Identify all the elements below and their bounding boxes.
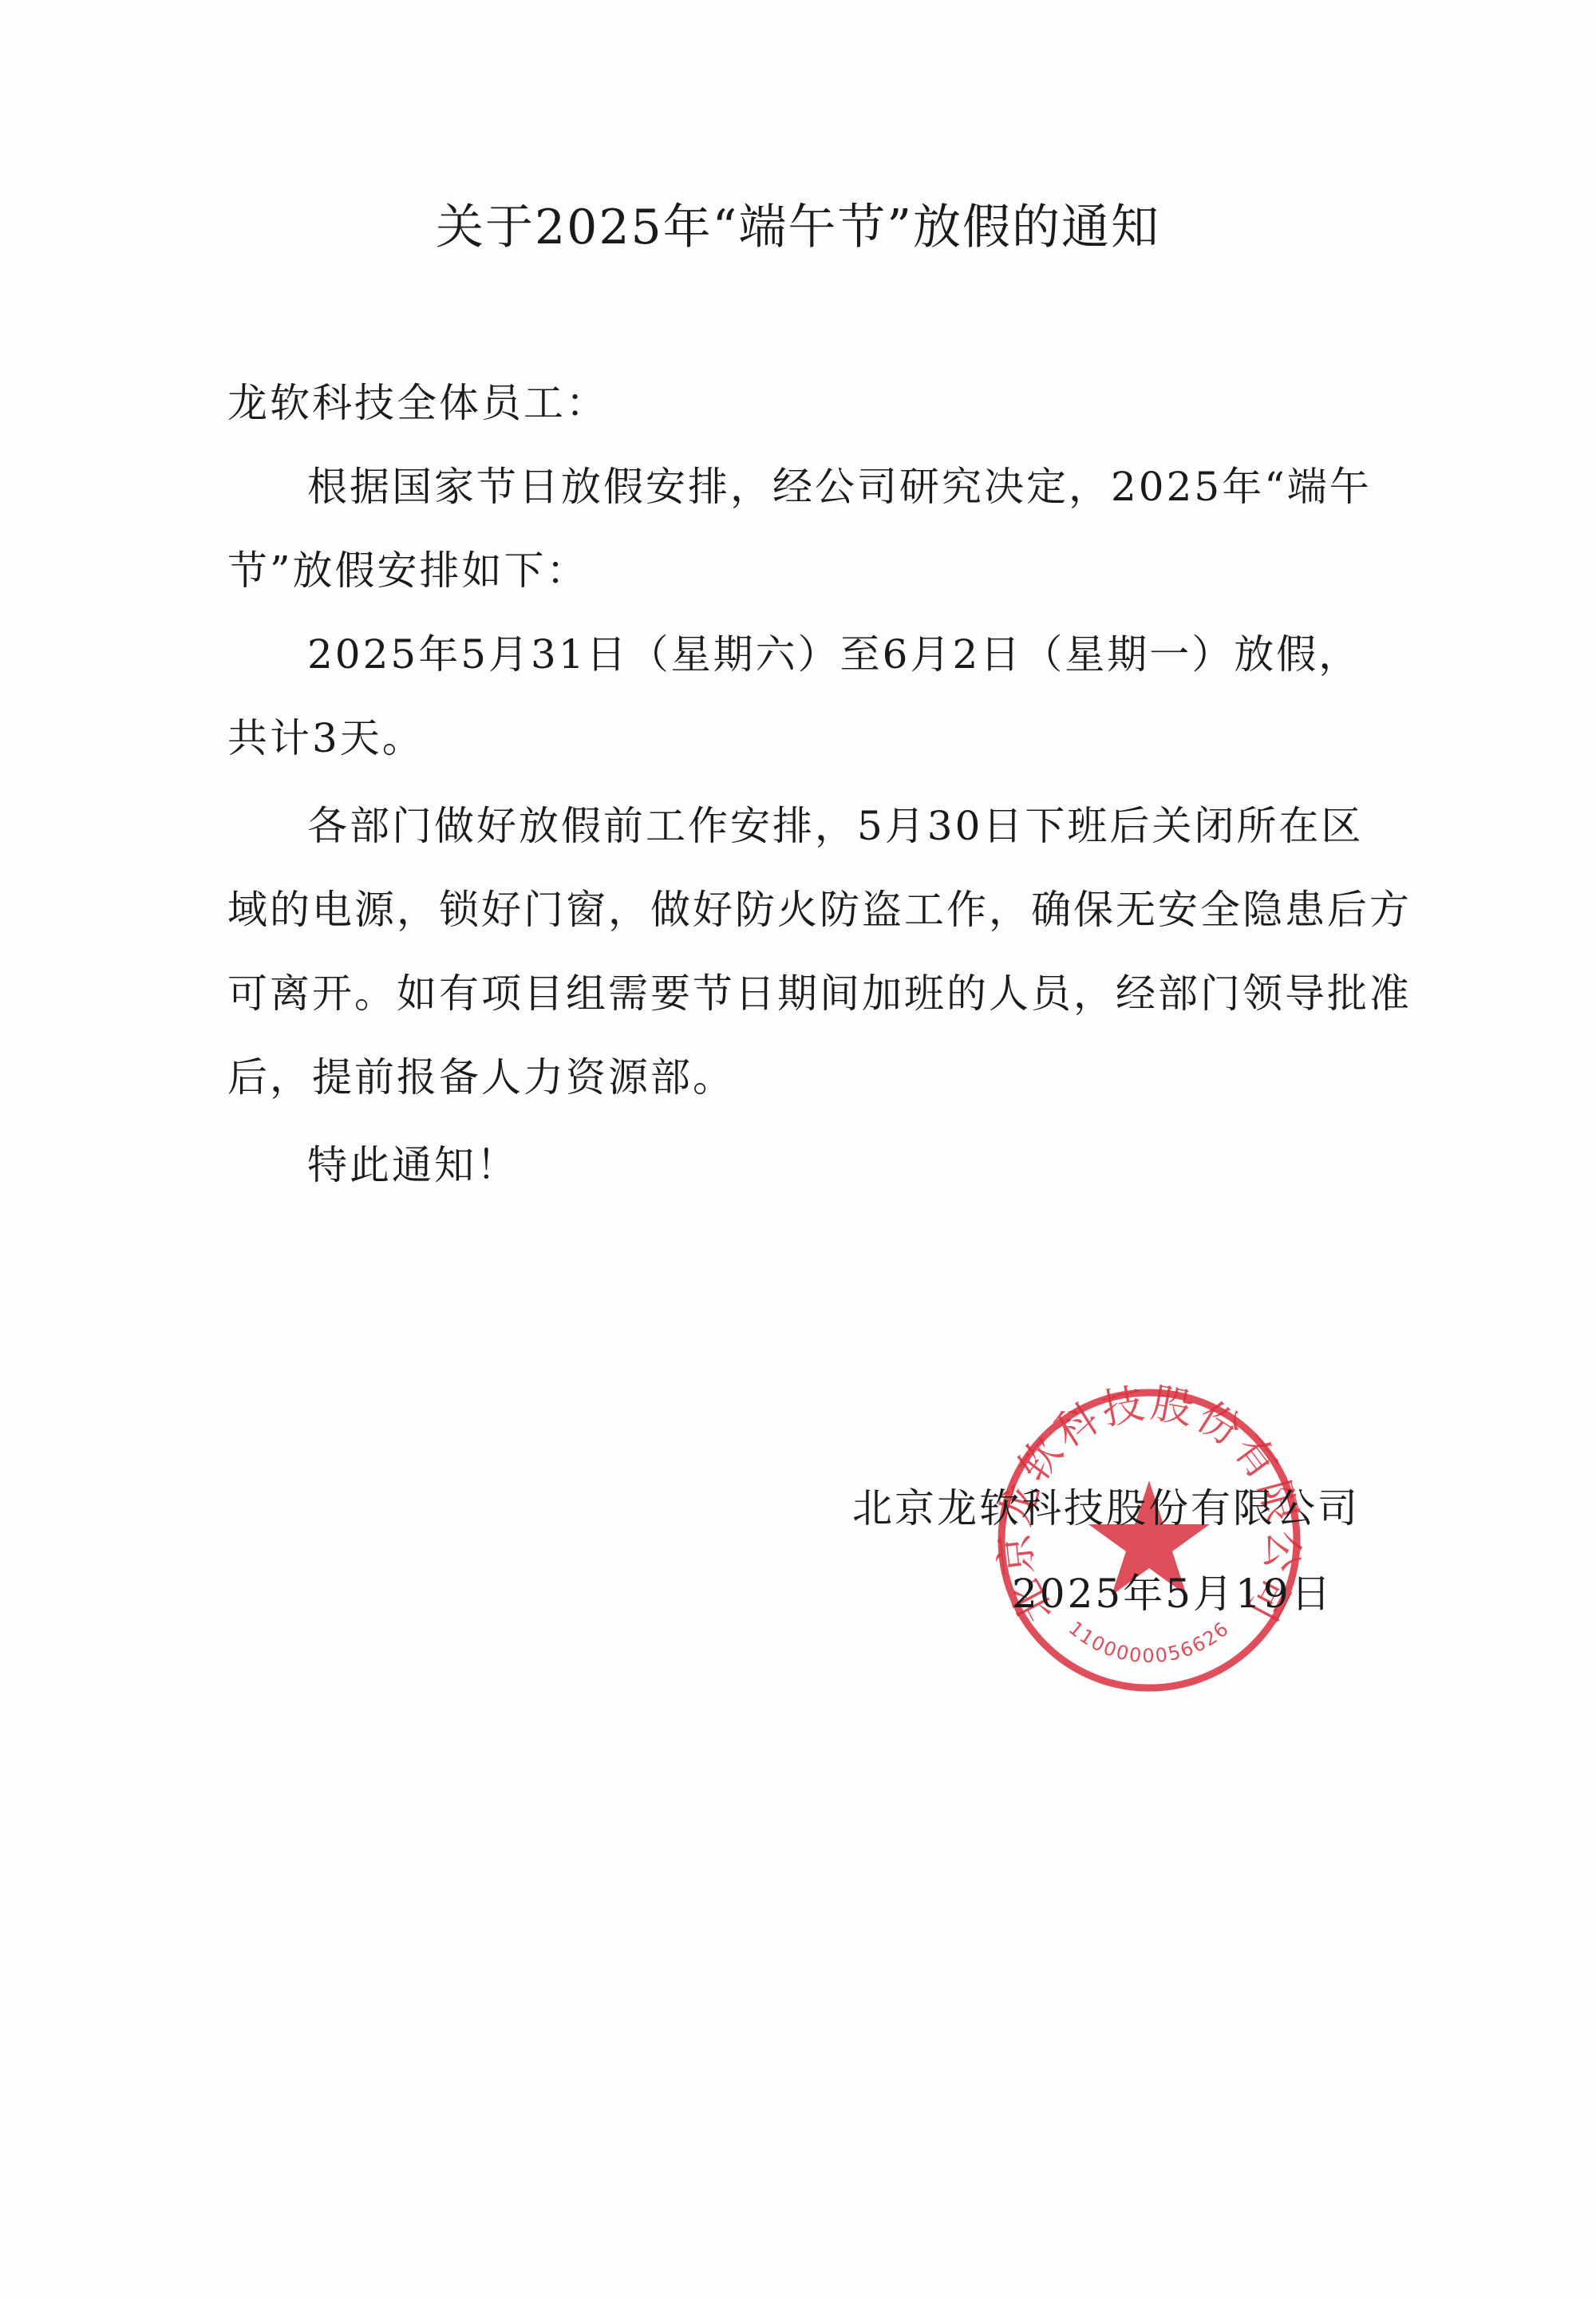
salutation: 龙软科技全体员工：: [227, 375, 608, 431]
paragraph-line: 2025年5月31日（星期六）至6月2日（星期一）放假，: [307, 626, 1361, 682]
paragraph-line: 后，提前报备人力资源部。: [227, 1049, 735, 1105]
paragraph-line: 节”放假安排如下：: [227, 543, 589, 599]
paragraph-line: 根据国家节日放假安排，经公司研究决定，2025年“端午: [307, 459, 1372, 515]
document-title: 关于2025年“端午节”放假的通知: [0, 196, 1596, 259]
document-page: 关于2025年“端午节”放假的通知 龙软科技全体员工： 根据国家节日放假安排，经…: [0, 0, 1596, 2300]
svg-text:1100000056626: 1100000056626: [1065, 1617, 1234, 1667]
closing-line: 特此通知！: [307, 1137, 519, 1193]
paragraph-line: 共计3天。: [227, 710, 425, 766]
signature-date: 2025年5月19日: [1012, 1566, 1333, 1622]
signature-company: 北京龙软科技股份有限公司: [852, 1480, 1360, 1536]
paragraph-line: 各部门做好放假前工作安排，5月30日下班后关闭所在区: [307, 798, 1363, 854]
company-seal-icon: 北京龙软科技股份有限公司 1100000056626: [994, 1385, 1305, 1696]
paragraph-line: 可离开。如有项目组需要节日期间加班的人员，经部门领导批准: [227, 966, 1412, 1022]
paragraph-line: 域的电源，锁好门窗，做好防火防盗工作，确保无安全隐患后方: [227, 882, 1412, 938]
seal-serial: 1100000056626: [1065, 1617, 1234, 1667]
